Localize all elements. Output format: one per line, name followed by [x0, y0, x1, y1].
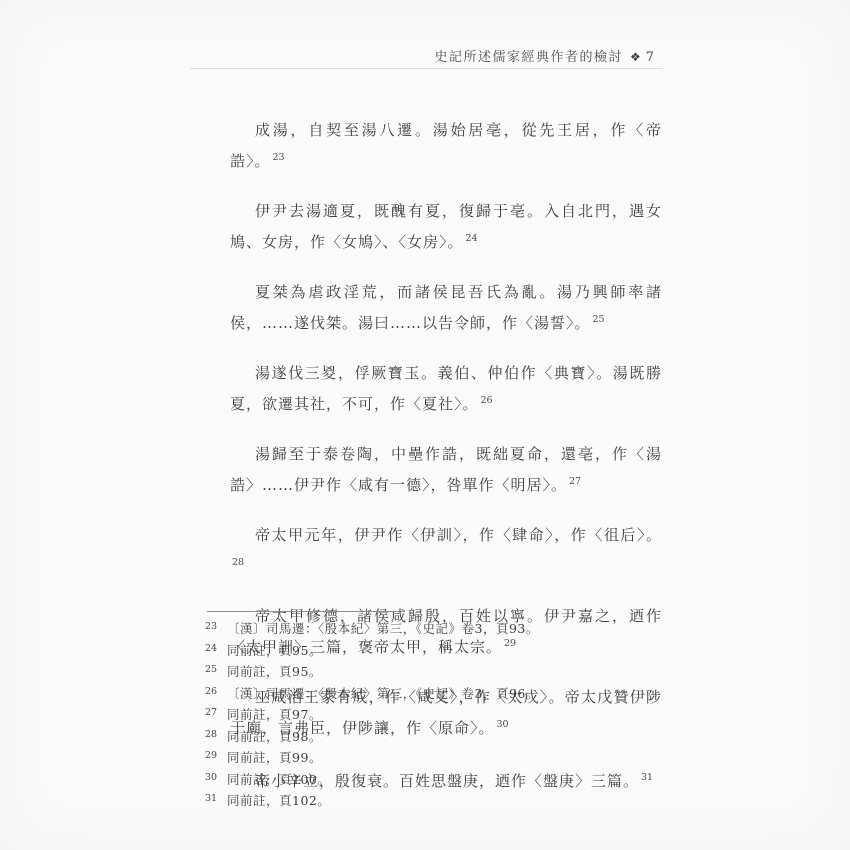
- footnote-ref: 26: [481, 395, 493, 406]
- footnote-ref: 24: [466, 233, 478, 244]
- header-rule: [190, 68, 663, 69]
- footnote-number: 30: [205, 768, 227, 788]
- footnote-text: 同前註，頁95。: [227, 643, 322, 658]
- diamond-icon: ❖: [630, 50, 641, 64]
- footnote-item: 29同前註，頁99。: [205, 746, 675, 768]
- footnote-number: 29: [205, 746, 227, 766]
- footnote-ref: 23: [273, 152, 285, 163]
- footnote-item: 30同前註，頁100。: [205, 768, 675, 790]
- footnote-number: 24: [205, 639, 227, 659]
- footnote-item: 23〔漢〕司馬遷：〈殷本紀〉第三，《史記》卷3，頁93。: [205, 617, 675, 639]
- footnote-number: 23: [205, 617, 227, 637]
- footnote-text: 同前註，頁99。: [227, 750, 322, 765]
- footnotes-block: 23〔漢〕司馬遷：〈殷本紀〉第三，《史記》卷3，頁93。 24同前註，頁95。 …: [205, 617, 675, 811]
- quote-paragraph: 伊尹去湯適夏，既醜有夏，復歸于亳。入自北門，遇女鳩、女房，作〈女鳩〉、〈女房〉。…: [230, 197, 662, 256]
- footnote-number: 28: [205, 725, 227, 745]
- quote-text: 湯遂伐三㚇，俘厥寶玉。義伯、仲伯作〈典寶〉。湯既勝夏，欲遷其社，不可，作〈夏社〉…: [230, 364, 662, 413]
- quote-paragraph: 湯遂伐三㚇，俘厥寶玉。義伯、仲伯作〈典寶〉。湯既勝夏，欲遷其社，不可，作〈夏社〉…: [230, 359, 662, 418]
- footnote-text: 〔漢〕司馬遷：〈殷本紀〉第三，《史記》卷3，頁96。: [227, 686, 539, 701]
- footnote-text: 同前註，頁102。: [227, 793, 330, 808]
- footnote-ref: 27: [569, 476, 581, 487]
- quote-text: 伊尹去湯適夏，既醜有夏，復歸于亳。入自北門，遇女鳩、女房，作〈女鳩〉、〈女房〉。: [230, 202, 662, 251]
- quote-text: 帝太甲元年，伊尹作〈伊訓〉，作〈肆命〉，作〈徂后〉。: [255, 526, 662, 544]
- quote-paragraph: 帝太甲元年，伊尹作〈伊訓〉，作〈肆命〉，作〈徂后〉。28: [230, 521, 662, 580]
- page-number: 7: [646, 50, 654, 65]
- footnote-ref: 25: [593, 314, 605, 325]
- footnote-text: 同前註，頁98。: [227, 729, 322, 744]
- footnote-number: 27: [205, 703, 227, 723]
- book-page: 史記所述儒家經典作者的檢討❖7 成湯，自契至湯八遷。湯始居亳，從先王居，作〈帝誥…: [0, 0, 850, 850]
- quote-paragraph: 湯歸至于泰卷陶，中壘作誥，既絀夏命，還亳，作〈湯誥〉……伊尹作〈咸有一德〉，咎單…: [230, 440, 662, 499]
- quote-text: 湯歸至于泰卷陶，中壘作誥，既絀夏命，還亳，作〈湯誥〉……伊尹作〈咸有一德〉，咎單…: [230, 445, 662, 494]
- footnote-item: 31同前註，頁102。: [205, 789, 675, 811]
- running-header: 史記所述儒家經典作者的檢討❖7: [434, 46, 654, 65]
- quote-paragraph: 夏桀為虐政淫荒，而諸侯昆吾氏為亂。湯乃興師率諸侯，……遂伐桀。湯曰……以告令師，…: [230, 278, 662, 337]
- footnote-text: 同前註，頁97。: [227, 707, 322, 722]
- footnote-number: 26: [205, 682, 227, 702]
- footnote-item: 26〔漢〕司馬遷：〈殷本紀〉第三，《史記》卷3，頁96。: [205, 682, 675, 704]
- header-title: 史記所述儒家經典作者的檢討: [434, 50, 623, 65]
- quote-text: 成湯，自契至湯八遷。湯始居亳，從先王居，作〈帝誥〉。: [230, 121, 662, 170]
- footnote-number: 31: [205, 789, 227, 809]
- footnote-text: 同前註，頁100。: [227, 772, 330, 787]
- footnote-item: 25同前註，頁95。: [205, 660, 675, 682]
- footnote-separator-rule: [207, 611, 395, 612]
- footnote-ref: 28: [232, 557, 244, 568]
- footnote-number: 25: [205, 660, 227, 680]
- footnote-item: 28同前註，頁98。: [205, 725, 675, 747]
- footnote-text: 〔漢〕司馬遷：〈殷本紀〉第三，《史記》卷3，頁93。: [227, 621, 539, 636]
- footnote-item: 24同前註，頁95。: [205, 639, 675, 661]
- footnote-text: 同前註，頁95。: [227, 664, 322, 679]
- footnote-item: 27同前註，頁97。: [205, 703, 675, 725]
- quote-paragraph: 成湯，自契至湯八遷。湯始居亳，從先王居，作〈帝誥〉。23: [230, 116, 662, 175]
